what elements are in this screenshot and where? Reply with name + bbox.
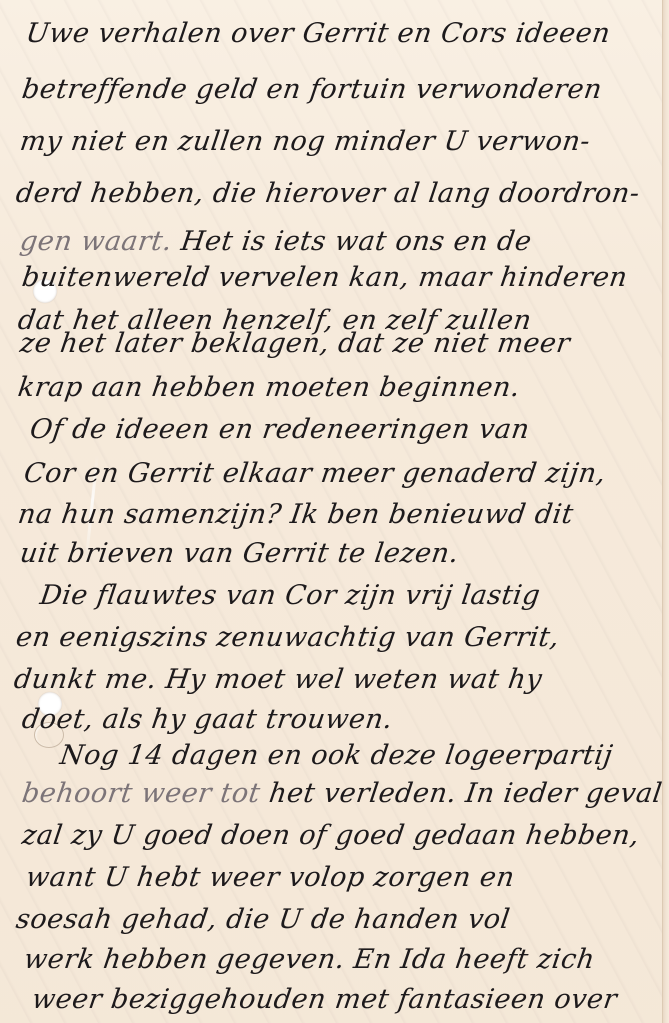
handwritten-line-1: Uwe verhalen over Gerrit en Cors ideeen: [24, 18, 612, 49]
handwritten-line-14: Die flauwtes van Cor zijn vrij lastig: [38, 580, 542, 611]
handwritten-line-19: behoort weer tot het verleden. In ieder …: [20, 778, 664, 809]
letter-page: Uwe verhalen over Gerrit en Cors ideeen …: [0, 0, 669, 1023]
handwritten-line-3: my niet en zullen nog minder U verwon-: [18, 126, 592, 157]
handwritten-line-4: derd hebben, die hierover al lang doordr…: [14, 178, 642, 209]
handwritten-line-10: Of de ideeen en redeneeringen van: [28, 414, 532, 445]
handwritten-line-23: werk hebben gegeven. En Ida heeft zich: [22, 944, 597, 975]
handwritten-line-8: ze het later beklagen, dat ze niet meer: [18, 328, 572, 359]
handwritten-line-17: doet, als hy gaat trouwen.: [20, 704, 395, 735]
handwritten-line-22: soesah gehad, die U de handen vol: [14, 904, 512, 935]
handwritten-line-12: na hun samenzijn? Ik ben benieuwd dit: [16, 499, 576, 530]
handwritten-line-2: betreffende geld en fortuin verwonderen: [20, 74, 604, 105]
faded-text: gen waart.: [18, 226, 174, 257]
handwritten-line-20: zal zy U goed doen of goed gedaan hebben…: [20, 820, 641, 851]
handwritten-line-15: en eenigszins zenuwachtig van Gerrit,: [14, 622, 561, 653]
handwritten-line-13: uit brieven van Gerrit te lezen.: [18, 538, 461, 569]
handwritten-line-21: want U hebt weer volop zorgen en: [24, 862, 517, 893]
handwritten-line-11: Cor en Gerrit elkaar meer genaderd zijn,: [22, 458, 608, 489]
handwritten-line-16: dunkt me. Hy moet wel weten wat hy: [12, 664, 544, 695]
paper-right-edge: [662, 0, 669, 1023]
handwritten-line-24: weer beziggehouden met fantasieen over: [30, 984, 619, 1015]
faded-text: behoort weer tot: [20, 778, 262, 809]
handwritten-line-18: Nog 14 dagen en ook deze logeerpartij: [58, 740, 615, 771]
handwritten-line-6: buitenwereld vervelen kan, maar hinderen: [20, 262, 630, 293]
handwritten-line-5: gen waart. Het is iets wat ons en de: [18, 226, 534, 257]
handwritten-line-9: krap aan hebben moeten beginnen.: [16, 372, 522, 403]
